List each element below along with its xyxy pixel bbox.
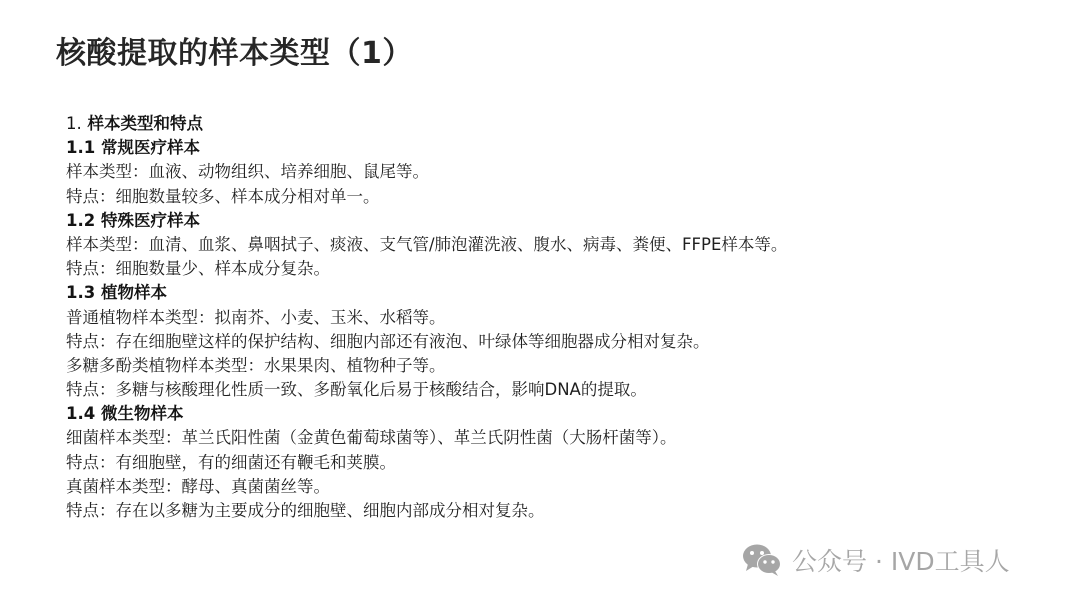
text-line: 多糖多酚类植物样本类型：水果果肉、植物种子等。 xyxy=(66,354,1026,378)
text-line: 样本类型：血液、动物组织、培养细胞、鼠尾等。 xyxy=(66,160,1026,184)
subsection-heading-microbe: 1.4 微生物样本 xyxy=(66,402,1026,426)
slide-title: 核酸提取的样本类型（1） xyxy=(56,32,413,76)
text-line: 特点：多糖与核酸理化性质一致、多酚氧化后易于核酸结合，影响DNA的提取。 xyxy=(66,378,1026,402)
text-line: 特点：有细胞壁，有的细菌还有鞭毛和荚膜。 xyxy=(66,451,1026,475)
text-line: 普通植物样本类型：拟南芥、小麦、玉米、水稻等。 xyxy=(66,306,1026,330)
wechat-icon xyxy=(742,543,782,577)
subsection-heading-routine-medical: 1.1 常规医疗样本 xyxy=(66,136,1026,160)
slide-content: 1. 样本类型和特点 1.1 常规医疗样本 样本类型：血液、动物组织、培养细胞、… xyxy=(66,112,1026,523)
text-line: 特点：存在细胞壁这样的保护结构、细胞内部还有液泡、叶绿体等细胞器成分相对复杂。 xyxy=(66,330,1026,354)
text-line: 样本类型：血清、血浆、鼻咽拭子、痰液、支气管/肺泡灌洗液、腹水、病毒、粪便、FF… xyxy=(66,233,1026,257)
section-title: 样本类型和特点 xyxy=(82,114,203,133)
subsection-heading-special-medical: 1.2 特殊医疗样本 xyxy=(66,209,1026,233)
text-line: 特点：细胞数量较多、样本成分相对单一。 xyxy=(66,185,1026,209)
subsection-heading-plant: 1.3 植物样本 xyxy=(66,281,1026,305)
text-line: 真菌样本类型：酵母、真菌菌丝等。 xyxy=(66,475,1026,499)
section-number: 1. xyxy=(66,114,82,133)
section-heading: 1. 样本类型和特点 xyxy=(66,112,1026,136)
text-line: 细菌样本类型：革兰氏阳性菌（金黄色葡萄球菌等）、革兰氏阴性菌（大肠杆菌等）。 xyxy=(66,426,1026,450)
text-line: 特点：存在以多糖为主要成分的细胞壁、细胞内部成分相对复杂。 xyxy=(66,499,1026,523)
text-line: 特点：细胞数量少、样本成分复杂。 xyxy=(66,257,1026,281)
watermark-text: 公众号 · IVD工具人 xyxy=(792,542,1010,578)
watermark: 公众号 · IVD工具人 xyxy=(742,540,1010,580)
